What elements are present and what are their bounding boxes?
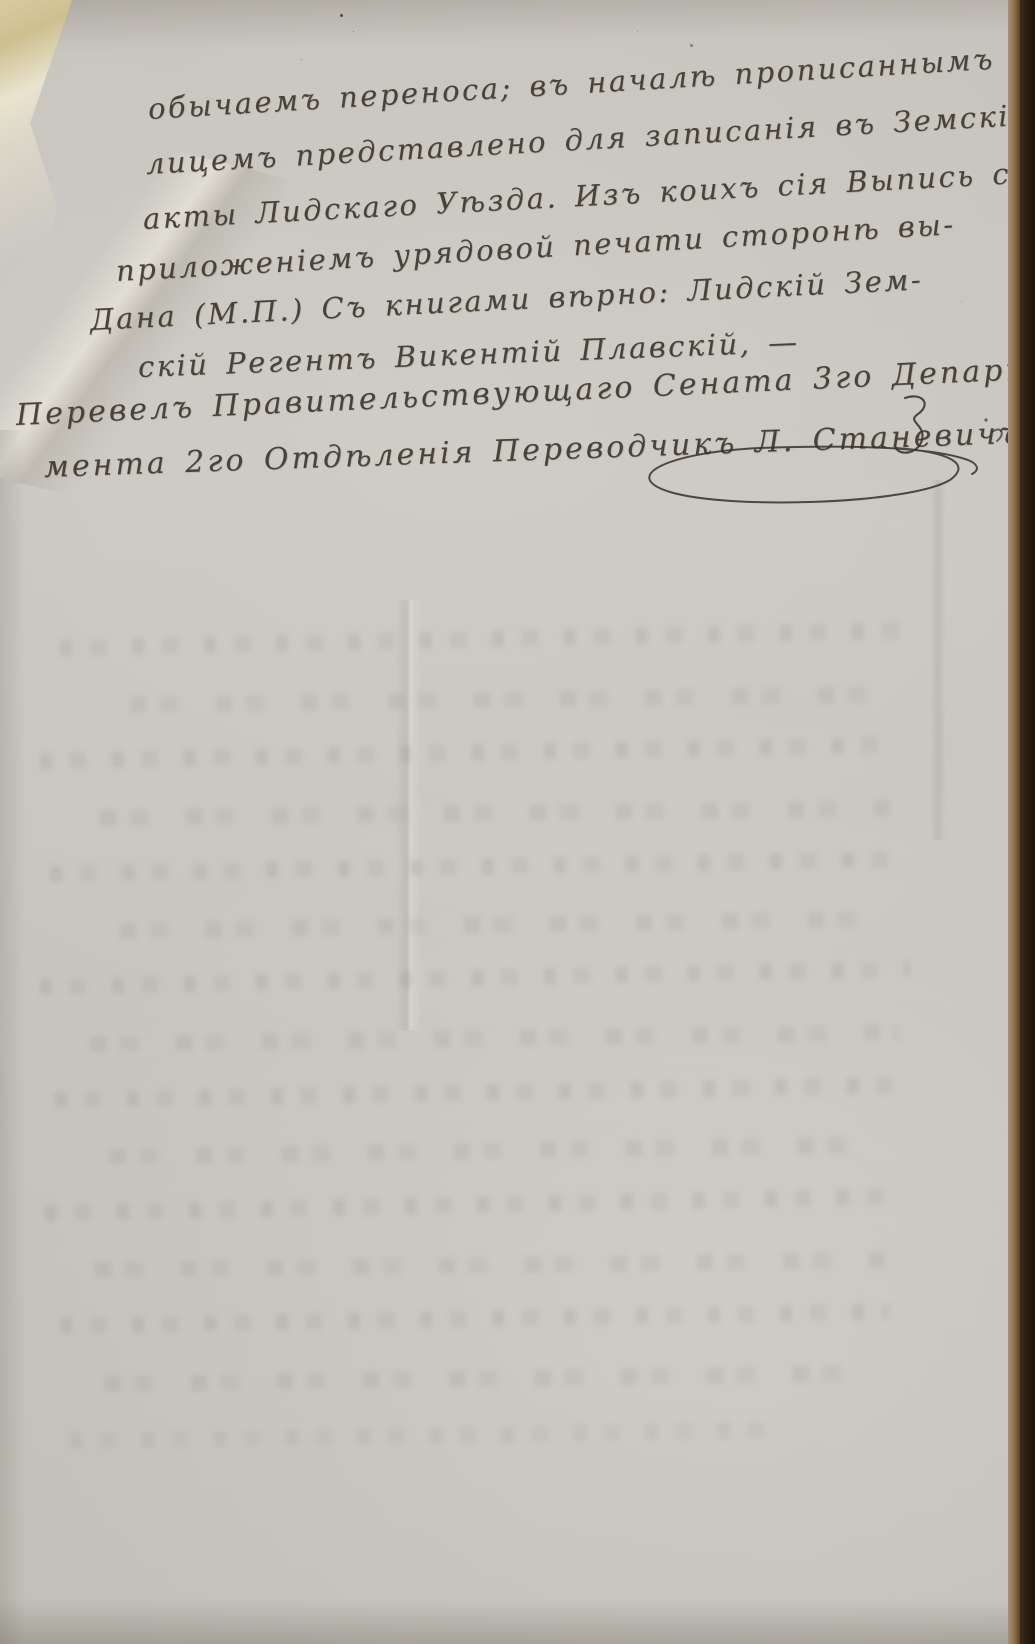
bleedthrough-line [40,961,910,995]
bleedthrough-line [45,1188,905,1221]
bleedthrough-line [90,800,890,826]
ink-specks [0,0,3,3]
bleedthrough-line [80,1025,900,1052]
paper-shadow-left [0,430,26,1644]
bleedthrough-line [40,736,900,769]
photographed-manuscript: обычаемъ переноса; въ началѣ прописанным… [0,0,1035,1644]
bleedthrough-line [70,1422,770,1449]
bleedthrough-line [50,851,890,882]
paper-shadow-bottom [0,1598,1008,1644]
bleedthrough-line [60,622,900,656]
paper-crease-right [930,480,946,840]
bleedthrough-line [120,686,900,713]
bleedthrough-line [60,1304,890,1334]
bleedthrough-line [100,1137,880,1165]
bleedthrough-line [110,911,870,939]
binding-shadow [1020,0,1035,1644]
bleedthrough-line [85,1252,895,1278]
bleedthrough-line [95,1365,855,1392]
page-cut-edge [1008,0,1020,1644]
bleedthrough-line [55,1077,905,1108]
manuscript-page: обычаемъ переноса; въ началѣ прописанным… [0,0,1008,1644]
